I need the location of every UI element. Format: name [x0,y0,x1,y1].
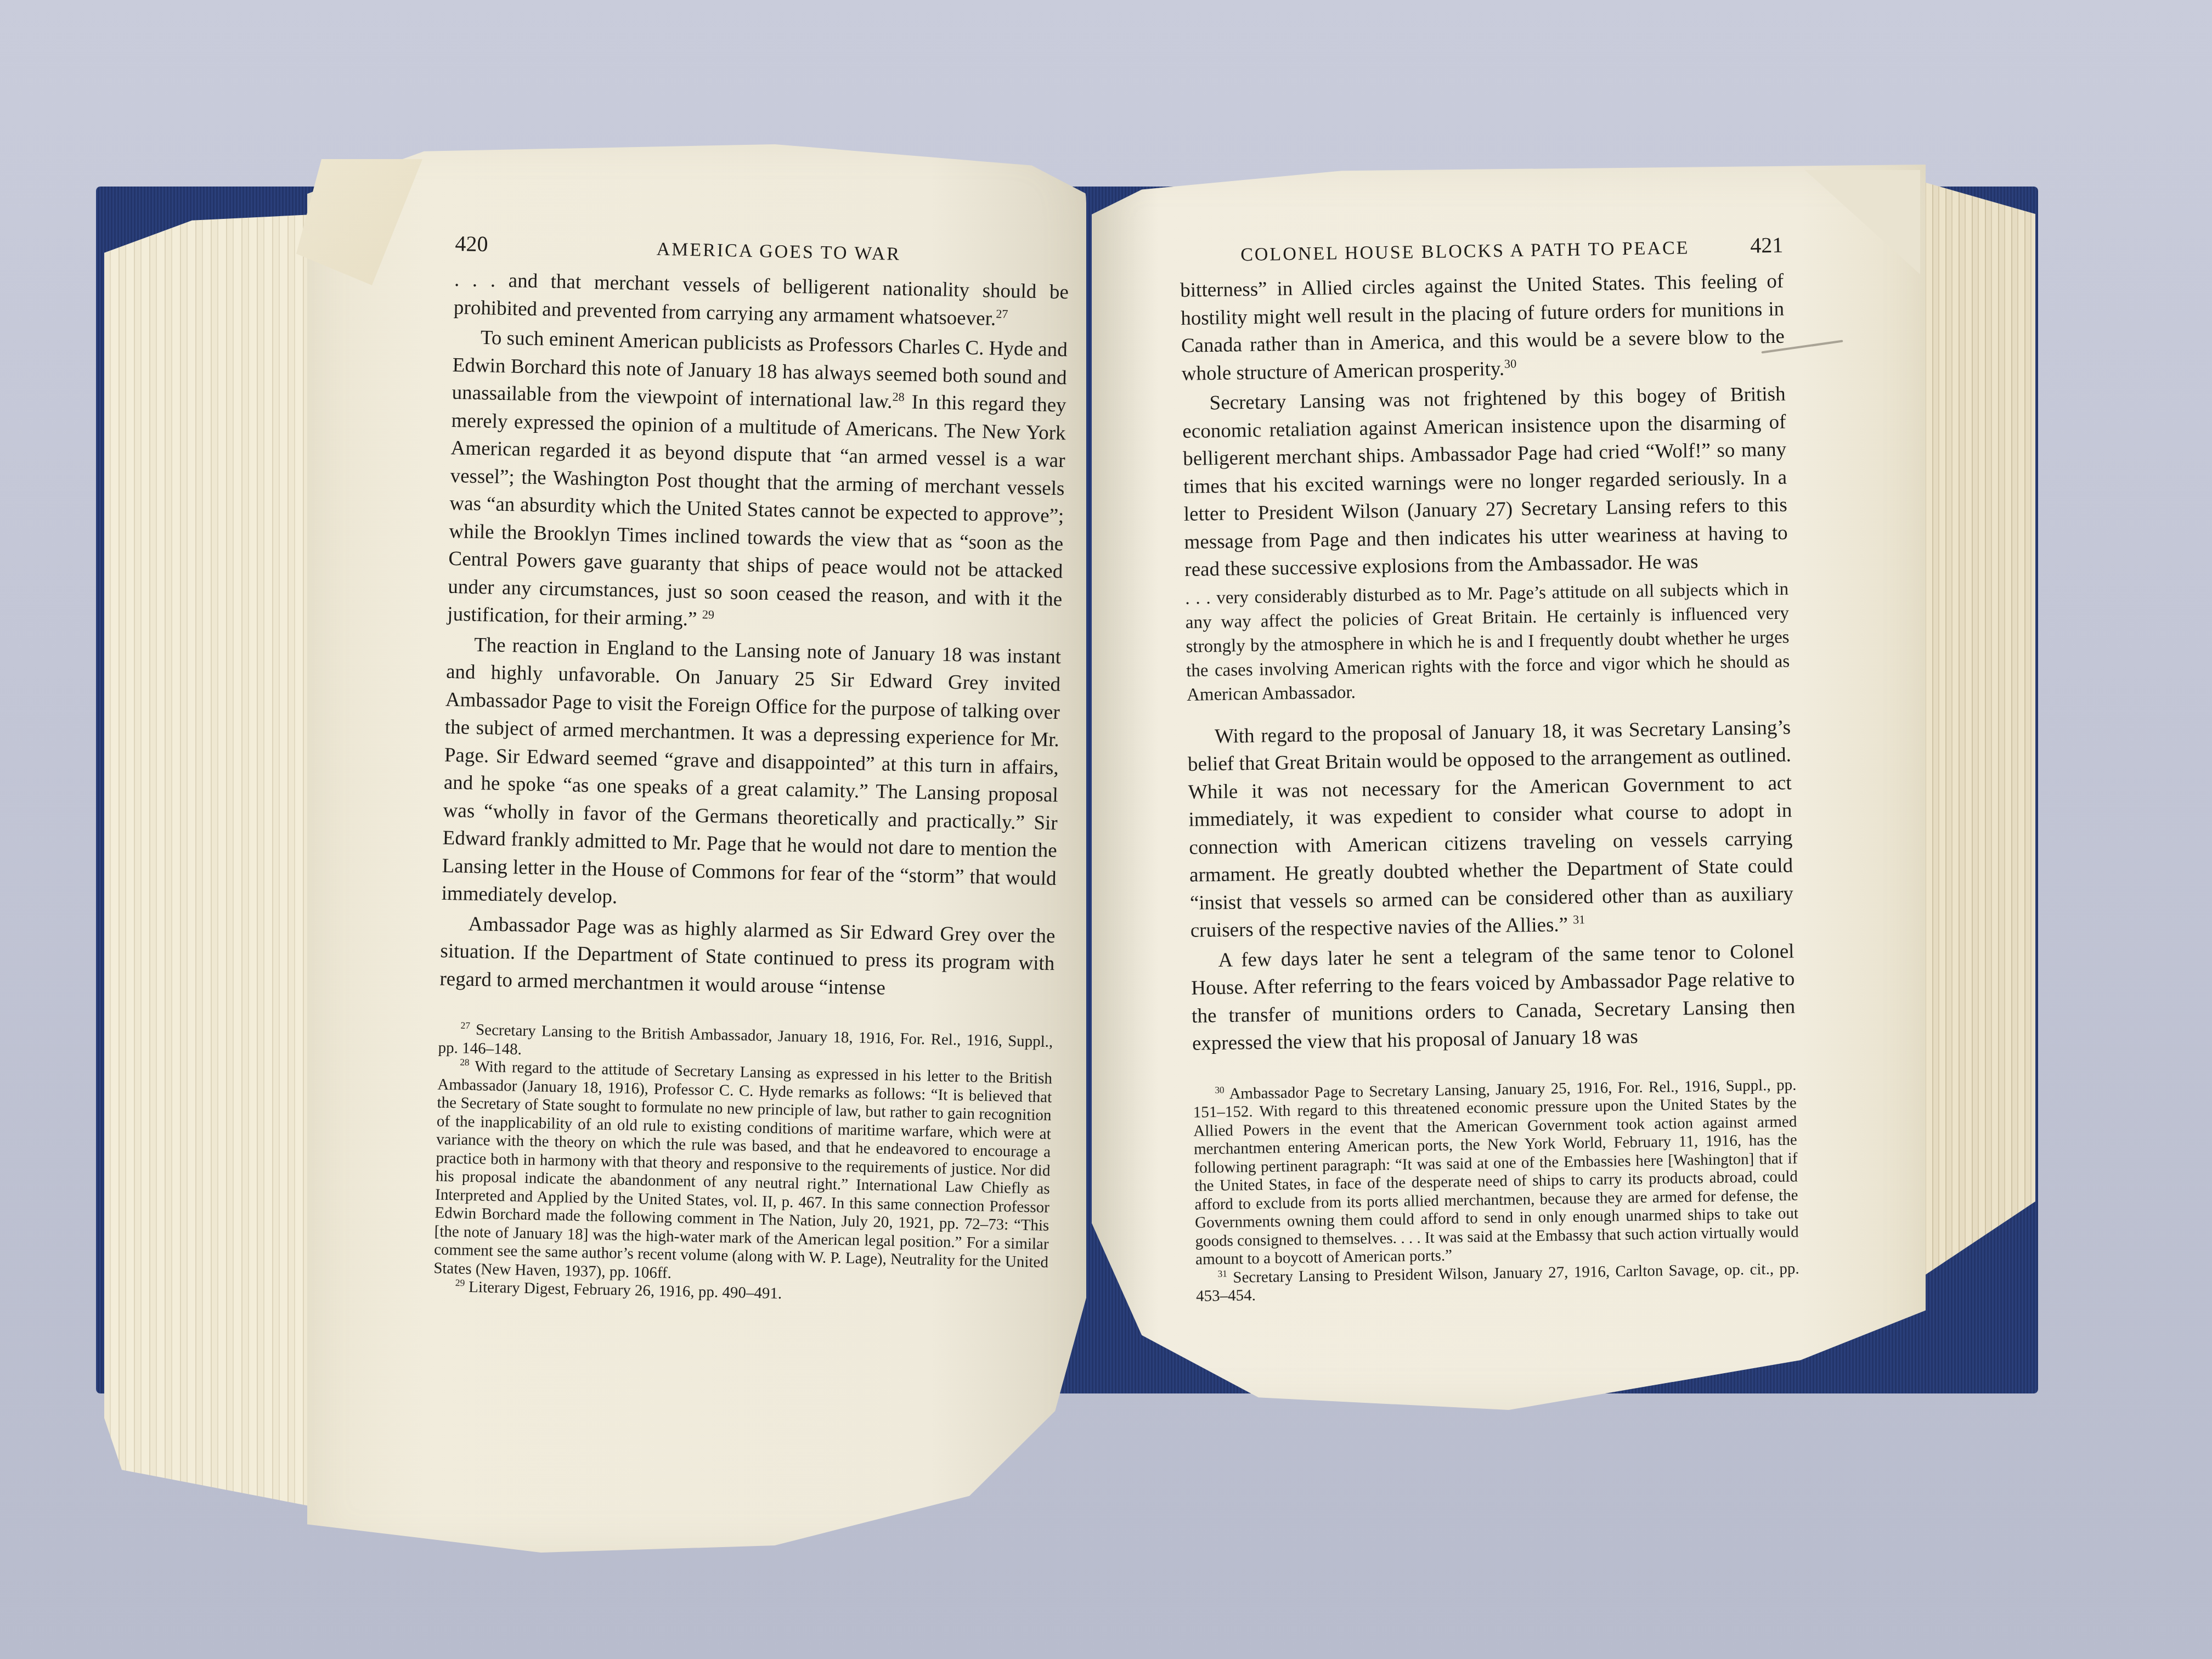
block-quote: . . . very considerably disturbed as to … [1185,577,1790,707]
paragraph: Secretary Lansing was not frightened by … [1182,381,1788,584]
page-number: 421 [1750,232,1784,258]
paragraph: The reaction in England to the Lansing n… [441,630,1061,920]
paragraph: With regard to the proposal of January 1… [1187,714,1794,945]
page-number: 420 [455,230,488,257]
footnote: 30 Ambassador Page to Secretary Lansing,… [1193,1076,1799,1269]
footnote: 28 With regard to the attitude of Secret… [433,1057,1052,1290]
footnotes: 27 Secretary Lansing to the British Amba… [433,1020,1053,1309]
left-page-stack [104,214,324,1509]
right-page-stack [1920,181,2035,1278]
left-page-text: 420 AMERICA GOES TO WAR . . . and that m… [433,230,1069,1309]
paragraph: A few days later he sent a telegram of t… [1190,938,1796,1058]
paragraph: . . . and that merchant vessels of belli… [454,266,1069,334]
right-page-text: COLONEL HOUSE BLOCKS A PATH TO PEACE 421… [1180,232,1799,1306]
paragraph: Ambassador Page was as highly alarmed as… [439,910,1056,1006]
footnotes: 30 Ambassador Page to Secretary Lansing,… [1193,1076,1799,1306]
running-head-title: COLONEL HOUSE BLOCKS A PATH TO PEACE [1180,237,1750,267]
paragraph: To such eminent American publicists as P… [447,324,1068,641]
paragraph: bitterness” in Allied circles against th… [1180,268,1785,388]
